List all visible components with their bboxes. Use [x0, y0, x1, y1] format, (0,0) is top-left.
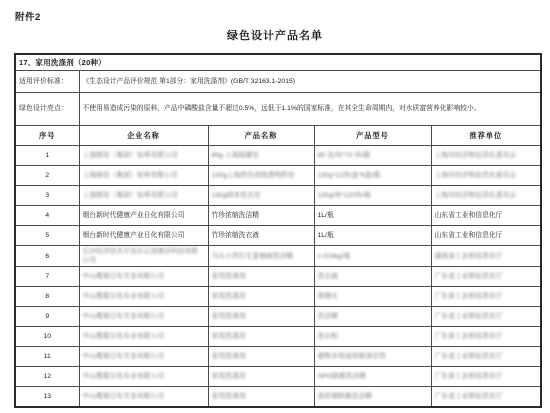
cell-company: 上海制皂（集团）如皋有限公司	[79, 166, 208, 186]
table-row: 3上海制皂（集团）如皋有限公司130g固本洗衣皂130g/块*120块/箱上海市…	[15, 186, 541, 206]
cell-org: 上海市经济和信息化委员会	[431, 146, 541, 166]
table-row: 8中山榄菊日化实业有限公司家用洗涤剂玻璃水广东省工业和信息化厅	[15, 287, 541, 307]
cell-org: 广东省工业和信息化厅	[431, 347, 541, 367]
cell-no: 4	[15, 206, 79, 226]
cell-org: 广东省工业和信息化厅	[431, 387, 541, 408]
cell-product: 马头小苏打生姜柚味洗洁精	[208, 246, 314, 267]
cell-model: 1L/瓶	[314, 206, 431, 226]
cell-company: 烟台新时代健康产业日化有限公司	[79, 226, 208, 246]
table-row: 1上海制皂（集团）如皋有限公司85g 上海硫磺皂85 克/块*72 块/箱上海市…	[15, 146, 541, 166]
cell-model: 洗衣液	[314, 267, 431, 287]
cell-org: 广东省工业和信息化厅	[431, 327, 541, 347]
cell-company: 中山榄菊日化实业有限公司	[79, 307, 208, 327]
table-row: 7中山榄菊日化实业有限公司家用洗涤剂洗衣液广东省工业和信息化厅	[15, 267, 541, 287]
table-header-row: 序号企业名称产品名称产品型号推荐单位	[15, 126, 541, 146]
cell-no: 13	[15, 387, 79, 408]
cell-company: 长沙经济技术开发区正园康洁科技有限公司	[79, 246, 208, 267]
cell-org: 上海市经济和信息化委员会	[431, 166, 541, 186]
cell-org: 山东省工业和信息化厅	[431, 206, 541, 226]
column-header-0: 序号	[15, 126, 79, 146]
cell-org: 上海市经济和信息化委员会	[431, 186, 541, 206]
cell-model: 130g/块*120块/箱	[314, 186, 431, 206]
cell-model: 洗衣粉	[314, 327, 431, 347]
highlight-label: 绿色设计亮点：	[15, 93, 79, 126]
product-table-body: 1上海制皂（集团）如皋有限公司85g 上海硫磺皂85 克/块*72 块/箱上海市…	[15, 146, 541, 408]
section-row: 17、家用洗涤剂（20种）	[15, 54, 541, 71]
cell-org: 广东省工业和信息化厅	[431, 367, 541, 387]
table-row: 10中山榄菊日化实业有限公司家用洗涤剂洗衣粉广东省工业和信息化厅	[15, 327, 541, 347]
table-row: 6长沙经济技术开发区正园康洁科技有限公司马头小苏打生姜柚味洗洁精1.018kg/…	[15, 246, 541, 267]
table-row: 4烟台新时代健康产业日化有限公司竹珍浓缩洗洁精1L/瓶山东省工业和信息化厅	[15, 206, 541, 226]
cell-no: 5	[15, 226, 79, 246]
cell-company: 上海制皂（集团）如皋有限公司	[79, 186, 208, 206]
cell-org: 湖南省工业和信息化厅	[431, 246, 541, 267]
document-page: { "page": { "attachment_label": "附件2", "…	[0, 0, 550, 413]
cell-org: 山东省工业和信息化厅	[431, 226, 541, 246]
column-header-2: 产品名称	[208, 126, 314, 146]
standard-row: 适用评价标准： 《生态设计产品评价规范 第1部分：家用洗涤剂》(GB/T 321…	[15, 71, 541, 93]
standard-value: 《生态设计产品评价规范 第1部分：家用洗涤剂》(GB/T 32163.1-201…	[79, 71, 541, 93]
cell-model: 1.018kg/瓶	[314, 246, 431, 267]
cell-company: 中山榄菊日化实业有限公司	[79, 327, 208, 347]
cell-model: 1L/瓶	[314, 226, 431, 246]
table-row: 2上海制皂（集团）如皋有限公司130g上海药皂高级透明药皂130g*12块/盒*…	[15, 166, 541, 186]
cell-product: 家用洗涤剂	[208, 327, 314, 347]
highlight-row: 绿色设计亮点： 不使用易造成污染的原料，产品中磷酸盐含量不超过0.5%，远低于1…	[15, 93, 541, 126]
cell-product: 竹珍浓缩洗衣液	[208, 226, 314, 246]
cell-no: 9	[15, 307, 79, 327]
cell-company: 烟台新时代健康产业日化有限公司	[79, 206, 208, 226]
table-row: 9中山榄菊日化实业有限公司家用洗涤剂洗洁精广东省工业和信息化厅	[15, 307, 541, 327]
cell-company: 中山榄菊日化实业有限公司	[79, 287, 208, 307]
standard-label: 适用评价标准：	[15, 71, 79, 93]
highlight-value: 不使用易造成污染的原料，产品中磷酸盐含量不超过0.5%，远低于1.1%的国家标准…	[79, 93, 541, 126]
cell-company: 中山榄菊日化实业有限公司	[79, 367, 208, 387]
column-header-1: 企业名称	[79, 126, 208, 146]
cell-no: 8	[15, 287, 79, 307]
cell-product: 130g固本洗衣皂	[208, 186, 314, 206]
table-row: 12中山榄菊日化实业有限公司家用洗涤剂APG除菌洗洁精广东省工业和信息化厅	[15, 367, 541, 387]
cell-product: 家用洗涤剂	[208, 307, 314, 327]
table-row: 5烟台新时代健康产业日化有限公司竹珍浓缩洗衣液1L/瓶山东省工业和信息化厅	[15, 226, 541, 246]
cell-org: 广东省工业和信息化厅	[431, 287, 541, 307]
cell-company: 中山榄菊日化实业有限公司	[79, 347, 208, 367]
cell-product: 家用洗涤剂	[208, 287, 314, 307]
cell-product: 竹珍浓缩洗洁精	[208, 206, 314, 226]
cell-no: 2	[15, 166, 79, 186]
cell-product: 家用洗涤剂	[208, 387, 314, 408]
cell-product: 85g 上海硫磺皂	[208, 146, 314, 166]
cell-no: 6	[15, 246, 79, 267]
cell-company: 中山榄菊日化实业有限公司	[79, 267, 208, 287]
table-row: 11中山榄菊日化实业有限公司家用洗涤剂植物多用途浓缩清洁剂广东省工业和信息化厅	[15, 347, 541, 367]
cell-no: 7	[15, 267, 79, 287]
cell-product: 家用洗涤剂	[208, 367, 314, 387]
cell-no: 12	[15, 367, 79, 387]
cell-model: 高浓缩除菌洗洁精	[314, 387, 431, 408]
cell-no: 10	[15, 327, 79, 347]
cell-no: 3	[15, 186, 79, 206]
cell-model: 洗洁精	[314, 307, 431, 327]
product-table: 17、家用洗涤剂（20种） 适用评价标准： 《生态设计产品评价规范 第1部分：家…	[14, 53, 542, 408]
cell-no: 1	[15, 146, 79, 166]
cell-model: 玻璃水	[314, 287, 431, 307]
cell-org: 广东省工业和信息化厅	[431, 267, 541, 287]
cell-product: 130g上海药皂高级透明药皂	[208, 166, 314, 186]
page-title: 绿色设计产品名单	[0, 27, 550, 43]
table-row: 13中山榄菊日化实业有限公司家用洗涤剂高浓缩除菌洗洁精广东省工业和信息化厅	[15, 387, 541, 408]
cell-model: 植物多用途浓缩清洁剂	[314, 347, 431, 367]
cell-model: APG除菌洗洁精	[314, 367, 431, 387]
cell-product: 家用洗涤剂	[208, 347, 314, 367]
cell-model: 85 克/块*72 块/箱	[314, 146, 431, 166]
cell-model: 130g*12块/盒*6盒/箱	[314, 166, 431, 186]
cell-product: 家用洗涤剂	[208, 267, 314, 287]
section-title: 17、家用洗涤剂（20种）	[15, 54, 541, 71]
cell-company: 中山榄菊日化实业有限公司	[79, 387, 208, 408]
column-header-3: 产品型号	[314, 126, 431, 146]
cell-company: 上海制皂（集团）如皋有限公司	[79, 146, 208, 166]
column-header-4: 推荐单位	[431, 126, 541, 146]
attachment-label: 附件2	[15, 9, 41, 23]
cell-org: 广东省工业和信息化厅	[431, 307, 541, 327]
cell-no: 11	[15, 347, 79, 367]
